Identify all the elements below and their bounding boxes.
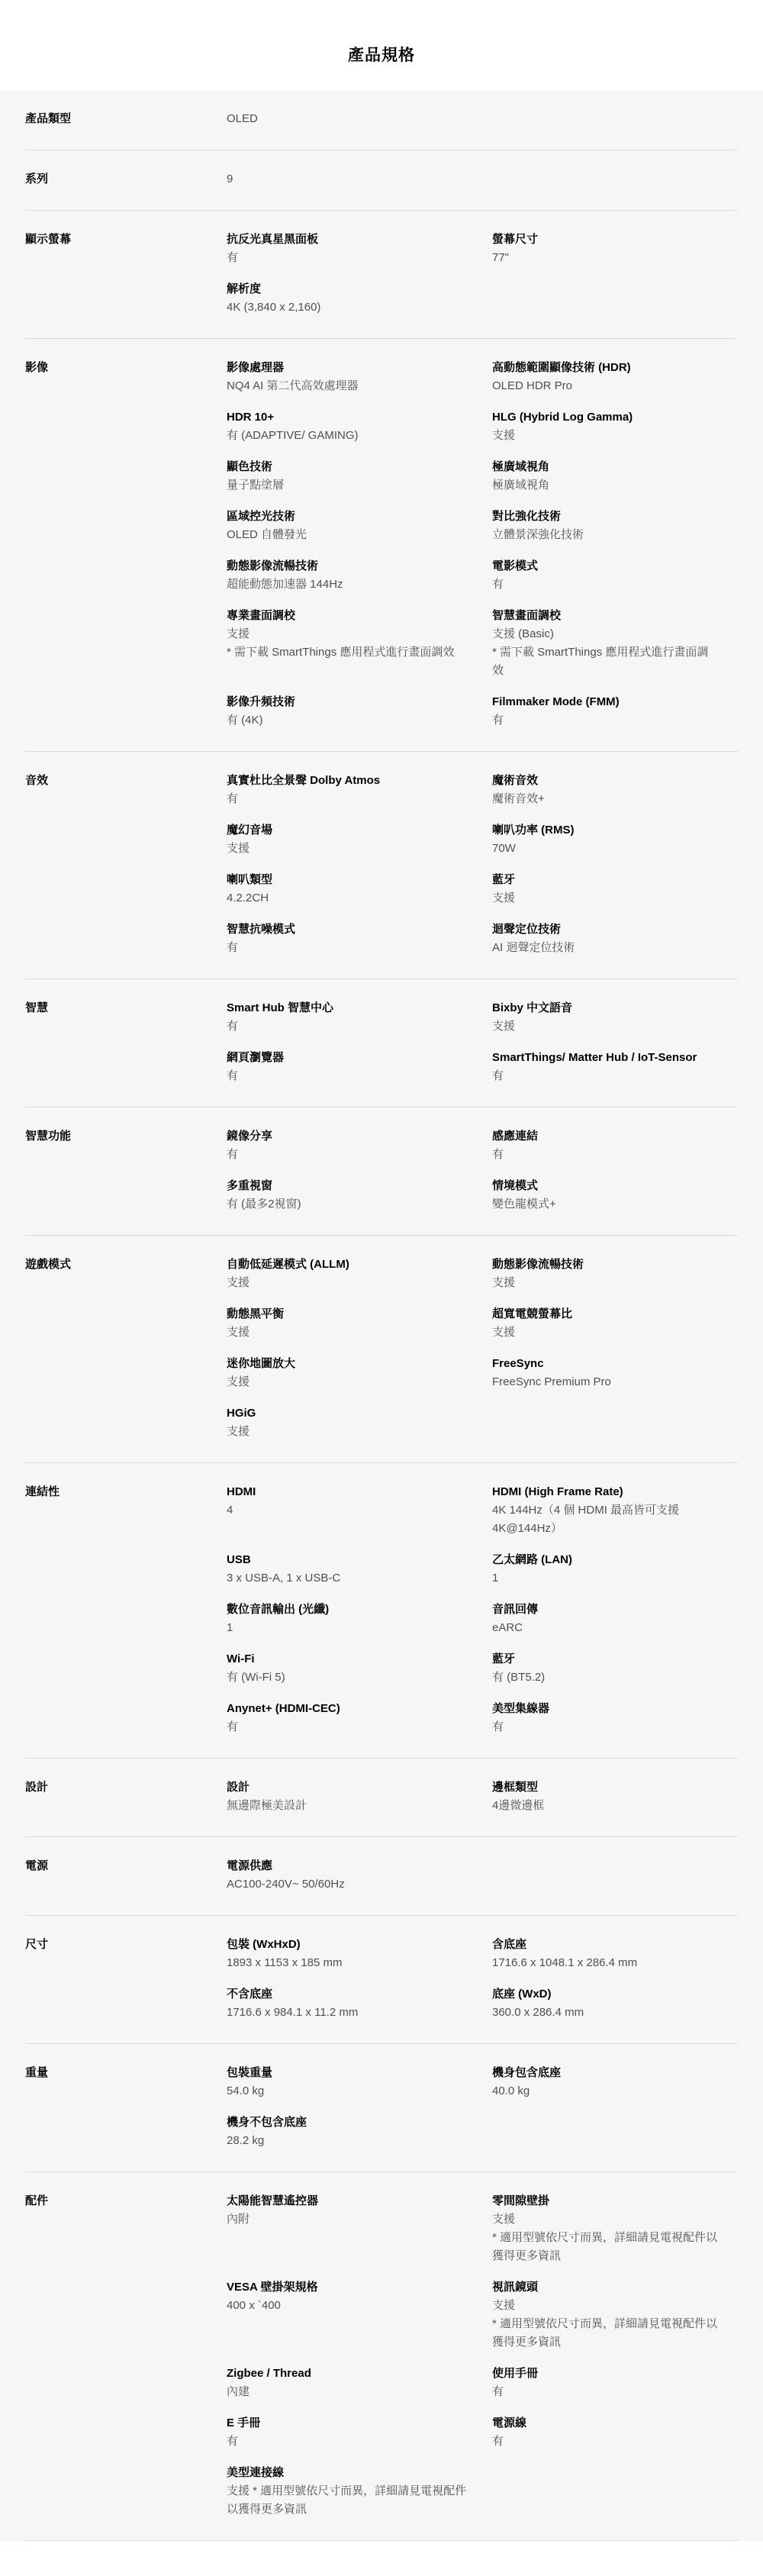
spec-item-value: 有 — [227, 1718, 472, 1736]
spec-item: 影像升頻技術有 (4K) — [227, 693, 492, 730]
spec-item: 網頁瀏覽器有 — [227, 1049, 492, 1085]
spec-item-value: 支援 — [492, 1017, 718, 1036]
spec-section: 智慧Smart Hub 智慧中心有Bixby 中文語音支援網頁瀏覽器有Smart… — [25, 979, 738, 1107]
spec-pair-row: 區域控光技術OLED 自體發光對比強化技術立體景深強化技術 — [227, 508, 738, 544]
spec-item-title: 感應連結 — [492, 1127, 718, 1146]
spec-item-title: 專業畫面調校 — [227, 607, 472, 625]
spec-item-title: USB — [227, 1551, 472, 1569]
spec-item-value: 1 — [492, 1569, 718, 1588]
spec-item-value: 支援 — [227, 840, 472, 858]
spec-item-title: 迷你地圖放大 — [227, 1355, 472, 1373]
spec-item-title: 設計 — [227, 1778, 472, 1797]
spec-item-value: 支援 — [492, 889, 718, 908]
spec-item-value: 有 — [227, 1067, 472, 1085]
spec-category-label: 系列 — [25, 170, 227, 202]
spec-item: OLED — [227, 110, 492, 128]
spec-item: HGiG支援 — [227, 1404, 492, 1441]
spec-item-title: Bixby 中文語音 — [492, 999, 718, 1017]
spec-item-value: 立體景深強化技術 — [492, 526, 718, 544]
spec-pair-row: 9 — [227, 170, 738, 189]
spec-category-label: 音效 — [25, 772, 227, 970]
spec-item-title: 不含底座 — [227, 1985, 472, 2004]
spec-item-value: AC100-240V~ 50/60Hz — [227, 1875, 472, 1894]
spec-item-title: SmartThings/ Matter Hub / IoT-Sensor — [492, 1049, 718, 1067]
spec-item-value: 有 — [492, 1718, 718, 1736]
spec-item-title: 抗反光真星黑面板 — [227, 231, 472, 249]
spec-item-title: HDR 10+ — [227, 408, 472, 427]
spec-item-title: 網頁瀏覽器 — [227, 1049, 472, 1067]
spec-item-value: 魔術音效+ — [492, 790, 718, 808]
spec-item: 自動低延遲模式 (ALLM)支援 — [227, 1256, 492, 1292]
spec-section: 智慧功能鏡像分享有感應連結有多重視窗有 (最多2視窗)情境模式變色龍模式+ — [25, 1107, 738, 1236]
spec-pair-row: 影像升頻技術有 (4K)Filmmaker Mode (FMM)有 — [227, 693, 738, 730]
spec-item-title: 顯色技術 — [227, 458, 472, 476]
spec-item: 感應連結有 — [492, 1127, 738, 1164]
spec-item-value: 4邊微邊框 — [492, 1797, 718, 1815]
spec-item-title: 鏡像分享 — [227, 1127, 472, 1146]
spec-item-title: 包裝 (WxHxD) — [227, 1936, 472, 1954]
spec-item: 區域控光技術OLED 自體發光 — [227, 508, 492, 544]
spec-pair-row: 魔幻音場支援喇叭功率 (RMS)70W — [227, 821, 738, 858]
spec-item-title: 邊框類型 — [492, 1778, 718, 1797]
spec-item: 太陽能智慧遙控器內附 — [227, 2192, 492, 2265]
spec-item-value: 有 (ADAPTIVE/ GAMING) — [227, 427, 472, 445]
spec-item-value: 1 — [227, 1619, 472, 1637]
spec-item: 機身不包含底座28.2 kg — [227, 2113, 492, 2150]
spec-pair-row: 抗反光真星黑面板有螢幕尺寸77" — [227, 231, 738, 267]
spec-item: 藍牙支援 — [492, 871, 738, 908]
spec-pairs: 太陽能智慧遙控器內附零間隙壁掛支援 * 適用型號依尺寸而異，詳細請見電視配件以獲… — [227, 2192, 738, 2532]
spec-item-value: 無邊際極美設計 — [227, 1797, 472, 1815]
spec-section: 顯示螢幕抗反光真星黑面板有螢幕尺寸77"解析度4K (3,840 x 2,160… — [25, 211, 738, 339]
spec-item-title: 螢幕尺寸 — [492, 231, 718, 249]
spec-item: 高動態範圍顯像技術 (HDR)OLED HDR Pro — [492, 359, 738, 395]
spec-item-title: 動態影像流暢技術 — [227, 557, 472, 575]
spec-item-title: E 手冊 — [227, 2414, 472, 2433]
spec-section: 設計設計無邊際極美設計邊框類型4邊微邊框 — [25, 1759, 738, 1837]
spec-item-title: 機身包含底座 — [492, 2064, 718, 2082]
spec-pair-row: 太陽能智慧遙控器內附零間隙壁掛支援 * 適用型號依尺寸而異，詳細請見電視配件以獲… — [227, 2192, 738, 2265]
spec-pair-row: Anynet+ (HDMI-CEC)有美型集線器有 — [227, 1700, 738, 1736]
spec-item: 乙太網路 (LAN)1 — [492, 1551, 738, 1588]
spec-pairs: 包裝重量54.0 kg機身包含底座40.0 kg機身不包含底座28.2 kg — [227, 2064, 738, 2163]
spec-item-title: Smart Hub 智慧中心 — [227, 999, 472, 1017]
spec-item: 迴聲定位技術AI 迴聲定位技術 — [492, 920, 738, 957]
spec-pair-row: 網頁瀏覽器有SmartThings/ Matter Hub / IoT-Sens… — [227, 1049, 738, 1085]
spec-item-value: 4 — [227, 1501, 472, 1520]
spec-item-value: 1716.6 x 1048.1 x 286.4 mm — [492, 1954, 718, 1972]
spec-category-label: 智慧功能 — [25, 1127, 227, 1227]
spec-item-value: AI 迴聲定位技術 — [492, 939, 718, 957]
spec-item-value: 40.0 kg — [492, 2082, 718, 2100]
spec-item-title: 電源供應 — [227, 1857, 472, 1875]
spec-item: 電源線有 — [492, 2414, 738, 2451]
spec-item-value: 54.0 kg — [227, 2082, 472, 2100]
spec-item-title: 超寬電競螢幕比 — [492, 1305, 718, 1323]
spec-pairs: 電源供應AC100-240V~ 50/60Hz — [227, 1857, 738, 1907]
spec-item-value: 內建 — [227, 2383, 472, 2401]
spec-item-title: 底座 (WxD) — [492, 1985, 718, 2004]
spec-item-title: 多重視窗 — [227, 1177, 472, 1195]
spec-pairs: 鏡像分享有感應連結有多重視窗有 (最多2視窗)情境模式變色龍模式+ — [227, 1127, 738, 1227]
spec-item: 抗反光真星黑面板有 — [227, 231, 492, 267]
spec-item-value: 支援 (Basic) * 需下載 SmartThings 應用程式進行畫面調效 — [492, 625, 718, 680]
spec-item: FreeSyncFreeSync Premium Pro — [492, 1355, 738, 1391]
spec-item-value: 有 — [492, 575, 718, 594]
spec-item-value: 1893 x 1153 x 185 mm — [227, 1954, 472, 1972]
spec-item-title: 極廣域視角 — [492, 458, 718, 476]
spec-item: 9 — [227, 170, 492, 189]
spec-pairs: HDMI4HDMI (High Frame Rate)4K 144Hz（4 個 … — [227, 1483, 738, 1749]
spec-item: USB3 x USB-A, 1 x USB-C — [227, 1551, 492, 1588]
spec-pair-row: 動態影像流暢技術超能動態加速器 144Hz電影模式有 — [227, 557, 738, 594]
spec-item-value: 有 — [227, 2433, 472, 2451]
spec-item: 魔術音效魔術音效+ — [492, 772, 738, 808]
spec-item-title: HDMI — [227, 1483, 472, 1501]
spec-item-title: 藍牙 — [492, 871, 718, 889]
spec-pairs: 真實杜比全景聲 Dolby Atmos有魔術音效魔術音效+魔幻音場支援喇叭功率 … — [227, 772, 738, 970]
spec-section: 電源電源供應AC100-240V~ 50/60Hz — [25, 1837, 738, 1916]
spec-item-title: 使用手冊 — [492, 2365, 718, 2383]
spec-section: 影像影像處理器NQ4 AI 第二代高效處理器高動態範圍顯像技術 (HDR)OLE… — [25, 339, 738, 752]
spec-item: 超寬電競螢幕比支援 — [492, 1305, 738, 1342]
spec-section: 產品類型OLED — [25, 90, 738, 150]
spec-item-title: Anynet+ (HDMI-CEC) — [227, 1700, 472, 1718]
spec-item-title: 智慧抗噪模式 — [227, 920, 472, 939]
spec-item: VESA 壁掛架規格400 x `400 — [227, 2278, 492, 2352]
spec-item: 包裝重量54.0 kg — [227, 2064, 492, 2100]
spec-item: SmartThings/ Matter Hub / IoT-Sensor有 — [492, 1049, 738, 1085]
spec-item-title: 含底座 — [492, 1936, 718, 1954]
spec-item: 機身包含底座40.0 kg — [492, 2064, 738, 2100]
spec-item-value: 4K 144Hz（4 個 HDMI 最高皆可支援 4K@144Hz） — [492, 1501, 718, 1538]
spec-item-value: 有 (Wi-Fi 5) — [227, 1668, 472, 1687]
spec-category-label: 智慧 — [25, 999, 227, 1098]
spec-item-title: Wi-Fi — [227, 1650, 472, 1668]
spec-item-title: 情境模式 — [492, 1177, 718, 1195]
spec-item-title: HLG (Hybrid Log Gamma) — [492, 408, 718, 427]
spec-item-value: 支援 — [227, 1423, 472, 1441]
spec-pairs: 9 — [227, 170, 738, 202]
spec-category-label: 產品類型 — [25, 110, 227, 141]
spec-item: 動態黑平衡支援 — [227, 1305, 492, 1342]
spec-section: 連結性HDMI4HDMI (High Frame Rate)4K 144Hz（4… — [25, 1463, 738, 1759]
spec-item-title: 音訊回傳 — [492, 1601, 718, 1619]
spec-item-title: HDMI (High Frame Rate) — [492, 1483, 718, 1501]
spec-item: 魔幻音場支援 — [227, 821, 492, 858]
spec-pairs: 自動低延遲模式 (ALLM)支援動態影像流暢技術支援動態黑平衡支援超寬電競螢幕比… — [227, 1256, 738, 1454]
spec-item: 專業畫面調校支援 * 需下載 SmartThings 應用程式進行畫面調效 — [227, 607, 492, 680]
spec-item-value: 支援 * 適用型號依尺寸而異，詳細請見電視配件以獲得更多資訊 — [492, 2297, 718, 2352]
spec-item: 不含底座1716.6 x 984.1 x 11.2 mm — [227, 1985, 492, 2022]
spec-pair-row: 電源供應AC100-240V~ 50/60Hz — [227, 1857, 738, 1894]
spec-item-value: 支援 * 適用型號依尺寸而異，詳細請見電視配件以獲得更多資訊 — [492, 2210, 718, 2265]
spec-item-value: OLED 自體發光 — [227, 526, 472, 544]
spec-item-title: 解析度 — [227, 280, 472, 298]
spec-pair-row: 數位音訊輸出 (光纖)1音訊回傳eARC — [227, 1601, 738, 1637]
spec-item: 視訊鏡頭支援 * 適用型號依尺寸而異，詳細請見電視配件以獲得更多資訊 — [492, 2278, 738, 2352]
spec-item-value: OLED — [227, 110, 472, 128]
spec-item-title: 高動態範圍顯像技術 (HDR) — [492, 359, 718, 377]
spec-pair-row: HGiG支援 — [227, 1404, 738, 1441]
spec-item-value: 有 — [492, 1067, 718, 1085]
spec-item-value: 超能動態加速器 144Hz — [227, 575, 472, 594]
spec-item: Zigbee / Thread內建 — [227, 2365, 492, 2401]
spec-item: 智慧畫面調校支援 (Basic) * 需下載 SmartThings 應用程式進… — [492, 607, 738, 680]
spec-item-value: 支援 — [227, 1274, 472, 1292]
spec-item: 極廣域視角極廣域視角 — [492, 458, 738, 495]
spec-item-value: 70W — [492, 840, 718, 858]
spec-category-label: 影像 — [25, 359, 227, 743]
spec-item-value: 有 (最多2視窗) — [227, 1195, 472, 1214]
spec-item: 底座 (WxD)360.0 x 286.4 mm — [492, 1985, 738, 2022]
spec-item-value: 支援 — [492, 1274, 718, 1292]
spec-item: 邊框類型4邊微邊框 — [492, 1778, 738, 1815]
spec-item: HDMI4 — [227, 1483, 492, 1538]
spec-item-value: 內附 — [227, 2210, 472, 2229]
spec-category-label: 設計 — [25, 1778, 227, 1828]
spec-pair-row: 迷你地圖放大支援FreeSyncFreeSync Premium Pro — [227, 1355, 738, 1391]
spec-item: 情境模式變色龍模式+ — [492, 1177, 738, 1214]
spec-item-value: 4.2.2CH — [227, 889, 472, 908]
spec-section: 重量包裝重量54.0 kg機身包含底座40.0 kg機身不包含底座28.2 kg — [25, 2044, 738, 2172]
spec-item: 對比強化技術立體景深強化技術 — [492, 508, 738, 544]
spec-item: 迷你地圖放大支援 — [227, 1355, 492, 1391]
spec-item-value: 有 — [492, 711, 718, 730]
spec-pairs: 影像處理器NQ4 AI 第二代高效處理器高動態範圍顯像技術 (HDR)OLED … — [227, 359, 738, 743]
spec-item: 動態影像流暢技術支援 — [492, 1256, 738, 1292]
spec-item-value: 77" — [492, 249, 718, 267]
page-header: 產品規格 — [0, 0, 763, 90]
spec-item: 影像處理器NQ4 AI 第二代高效處理器 — [227, 359, 492, 395]
spec-item-title: 零間隙壁掛 — [492, 2192, 718, 2210]
spec-item-value: 4K (3,840 x 2,160) — [227, 298, 472, 317]
spec-item: 美型集線器有 — [492, 1700, 738, 1736]
spec-pair-row: 影像處理器NQ4 AI 第二代高效處理器高動態範圍顯像技術 (HDR)OLED … — [227, 359, 738, 395]
spec-item-value: 支援 — [492, 1323, 718, 1342]
spec-item-value: 有 — [227, 1017, 472, 1036]
spec-item-title: 喇叭類型 — [227, 871, 472, 889]
spec-table: 產品類型OLED系列9顯示螢幕抗反光真星黑面板有螢幕尺寸77"解析度4K (3,… — [0, 90, 763, 2541]
spec-item: 喇叭類型4.2.2CH — [227, 871, 492, 908]
spec-item: 多重視窗有 (最多2視窗) — [227, 1177, 492, 1214]
spec-item: 電源供應AC100-240V~ 50/60Hz — [227, 1857, 492, 1894]
spec-item-value: 9 — [227, 170, 472, 189]
spec-pair-row: E 手冊有電源線有 — [227, 2414, 738, 2451]
spec-item-title: 機身不包含底座 — [227, 2113, 472, 2132]
spec-item-title: 迴聲定位技術 — [492, 920, 718, 939]
spec-pair-row: 顯色技術量子點塗層極廣域視角極廣域視角 — [227, 458, 738, 495]
spec-item-value: FreeSync Premium Pro — [492, 1373, 718, 1391]
spec-item-title: HGiG — [227, 1404, 472, 1423]
spec-category-label: 電源 — [25, 1857, 227, 1907]
spec-category-label: 遊戲模式 — [25, 1256, 227, 1454]
spec-section: 尺寸包裝 (WxHxD)1893 x 1153 x 185 mm含底座1716.… — [25, 1916, 738, 2044]
spec-item-title: VESA 壁掛架規格 — [227, 2278, 472, 2297]
spec-item: 喇叭功率 (RMS)70W — [492, 821, 738, 858]
spec-item: 智慧抗噪模式有 — [227, 920, 492, 957]
spec-item-value: OLED HDR Pro — [492, 377, 718, 395]
spec-pair-row: Smart Hub 智慧中心有Bixby 中文語音支援 — [227, 999, 738, 1036]
spec-item-value: 有 — [492, 1146, 718, 1164]
spec-item-value: 支援 — [492, 427, 718, 445]
page-title: 產品規格 — [0, 43, 763, 66]
spec-pair-row: OLED — [227, 110, 738, 128]
spec-item: 電影模式有 — [492, 557, 738, 594]
spec-item: HDR 10+有 (ADAPTIVE/ GAMING) — [227, 408, 492, 445]
spec-pair-row: Wi-Fi有 (Wi-Fi 5)藍牙有 (BT5.2) — [227, 1650, 738, 1687]
spec-item-title: 乙太網路 (LAN) — [492, 1551, 718, 1569]
spec-item-value: 3 x USB-A, 1 x USB-C — [227, 1569, 472, 1588]
spec-pair-row: 設計無邊際極美設計邊框類型4邊微邊框 — [227, 1778, 738, 1815]
spec-item-title: 美型集線器 — [492, 1700, 718, 1718]
spec-item: 使用手冊有 — [492, 2365, 738, 2401]
spec-item-title: 電源線 — [492, 2414, 718, 2433]
spec-item: 螢幕尺寸77" — [492, 231, 738, 267]
spec-item-value: 有 (4K) — [227, 711, 472, 730]
spec-item-title: 自動低延遲模式 (ALLM) — [227, 1256, 472, 1274]
spec-category-label: 配件 — [25, 2192, 227, 2532]
spec-item: 鏡像分享有 — [227, 1127, 492, 1164]
spec-pair-row: 包裝重量54.0 kg機身包含底座40.0 kg — [227, 2064, 738, 2100]
spec-item-value: 有 — [227, 790, 472, 808]
spec-item-title: 動態影像流暢技術 — [492, 1256, 718, 1274]
spec-item-title: FreeSync — [492, 1355, 718, 1373]
spec-item: Filmmaker Mode (FMM)有 — [492, 693, 738, 730]
spec-item-value: 有 — [492, 2383, 718, 2401]
spec-pairs: Smart Hub 智慧中心有Bixby 中文語音支援網頁瀏覽器有SmartTh… — [227, 999, 738, 1098]
spec-item: Wi-Fi有 (Wi-Fi 5) — [227, 1650, 492, 1687]
spec-item: 零間隙壁掛支援 * 適用型號依尺寸而異，詳細請見電視配件以獲得更多資訊 — [492, 2192, 738, 2265]
spec-item: HDMI (High Frame Rate)4K 144Hz（4 個 HDMI … — [492, 1483, 738, 1538]
spec-pair-row: 喇叭類型4.2.2CH藍牙支援 — [227, 871, 738, 908]
spec-item-title: 影像升頻技術 — [227, 693, 472, 711]
spec-item-value: 極廣域視角 — [492, 476, 718, 495]
spec-item-value: 支援 * 需下載 SmartThings 應用程式進行畫面調效 — [227, 625, 472, 662]
spec-category-label: 連結性 — [25, 1483, 227, 1749]
spec-item-title: Filmmaker Mode (FMM) — [492, 693, 718, 711]
spec-item-value: 有 — [492, 2433, 718, 2451]
spec-pair-row: 專業畫面調校支援 * 需下載 SmartThings 應用程式進行畫面調效智慧畫… — [227, 607, 738, 680]
spec-item: 音訊回傳eARC — [492, 1601, 738, 1637]
spec-pair-row: Zigbee / Thread內建使用手冊有 — [227, 2365, 738, 2401]
spec-item-title: 太陽能智慧遙控器 — [227, 2192, 472, 2210]
spec-item-title: 視訊鏡頭 — [492, 2278, 718, 2297]
spec-pair-row: 智慧抗噪模式有迴聲定位技術AI 迴聲定位技術 — [227, 920, 738, 957]
spec-item: 動態影像流暢技術超能動態加速器 144Hz — [227, 557, 492, 594]
spec-item: HLG (Hybrid Log Gamma)支援 — [492, 408, 738, 445]
spec-pair-row: 包裝 (WxHxD)1893 x 1153 x 185 mm含底座1716.6 … — [227, 1936, 738, 1972]
spec-item-title: Zigbee / Thread — [227, 2365, 472, 2383]
spec-section: 配件太陽能智慧遙控器內附零間隙壁掛支援 * 適用型號依尺寸而異，詳細請見電視配件… — [25, 2172, 738, 2541]
spec-item: 含底座1716.6 x 1048.1 x 286.4 mm — [492, 1936, 738, 1972]
spec-pair-row: 機身不包含底座28.2 kg — [227, 2113, 738, 2150]
spec-pair-row: 解析度4K (3,840 x 2,160) — [227, 280, 738, 317]
spec-item-title: 真實杜比全景聲 Dolby Atmos — [227, 772, 472, 790]
spec-category-label: 顯示螢幕 — [25, 231, 227, 330]
spec-item-value: NQ4 AI 第二代高效處理器 — [227, 377, 472, 395]
spec-pairs: OLED — [227, 110, 738, 141]
spec-item-title: 魔術音效 — [492, 772, 718, 790]
spec-item-title: 魔幻音場 — [227, 821, 472, 840]
spec-item: 設計無邊際極美設計 — [227, 1778, 492, 1815]
spec-item-title: 數位音訊輸出 (光纖) — [227, 1601, 472, 1619]
spec-item: 美型連接線支援 * 適用型號依尺寸而異，詳細請見電視配件以獲得更多資訊 — [227, 2464, 492, 2519]
spec-item-title: 電影模式 — [492, 557, 718, 575]
spec-item: Anynet+ (HDMI-CEC)有 — [227, 1700, 492, 1736]
spec-item-title: 智慧畫面調校 — [492, 607, 718, 625]
spec-pairs: 包裝 (WxHxD)1893 x 1153 x 185 mm含底座1716.6 … — [227, 1936, 738, 2035]
spec-item: 包裝 (WxHxD)1893 x 1153 x 185 mm — [227, 1936, 492, 1972]
spec-item-title: 影像處理器 — [227, 359, 472, 377]
spec-item-title: 包裝重量 — [227, 2064, 472, 2082]
spec-item-title: 美型連接線 — [227, 2464, 472, 2482]
spec-item: 解析度4K (3,840 x 2,160) — [227, 280, 492, 317]
spec-pair-row: HDR 10+有 (ADAPTIVE/ GAMING)HLG (Hybrid L… — [227, 408, 738, 445]
spec-item-value: 有 — [227, 249, 472, 267]
spec-pair-row: 不含底座1716.6 x 984.1 x 11.2 mm底座 (WxD)360.… — [227, 1985, 738, 2022]
spec-item: E 手冊有 — [227, 2414, 492, 2451]
spec-category-label: 重量 — [25, 2064, 227, 2163]
spec-item-value: 支援 * 適用型號依尺寸而異，詳細請見電視配件以獲得更多資訊 — [227, 2482, 472, 2519]
spec-item-value: 變色龍模式+ — [492, 1195, 718, 1214]
spec-section: 系列9 — [25, 150, 738, 211]
spec-item-value: 360.0 x 286.4 mm — [492, 2004, 718, 2022]
spec-pair-row: USB3 x USB-A, 1 x USB-C乙太網路 (LAN)1 — [227, 1551, 738, 1588]
spec-item-title: 對比強化技術 — [492, 508, 718, 526]
spec-pair-row: 動態黑平衡支援超寬電競螢幕比支援 — [227, 1305, 738, 1342]
spec-section: 遊戲模式自動低延遲模式 (ALLM)支援動態影像流暢技術支援動態黑平衡支援超寬電… — [25, 1236, 738, 1463]
spec-item-value: 支援 — [227, 1323, 472, 1342]
spec-item: Smart Hub 智慧中心有 — [227, 999, 492, 1036]
spec-item-value: 支援 — [227, 1373, 472, 1391]
spec-item-value: 量子點塗層 — [227, 476, 472, 495]
spec-pair-row: 美型連接線支援 * 適用型號依尺寸而異，詳細請見電視配件以獲得更多資訊 — [227, 2464, 738, 2519]
spec-item-value: 1716.6 x 984.1 x 11.2 mm — [227, 2004, 472, 2022]
spec-pair-row: VESA 壁掛架規格400 x `400視訊鏡頭支援 * 適用型號依尺寸而異，詳… — [227, 2278, 738, 2352]
spec-pair-row: 自動低延遲模式 (ALLM)支援動態影像流暢技術支援 — [227, 1256, 738, 1292]
spec-category-label: 尺寸 — [25, 1936, 227, 2035]
spec-item: Bixby 中文語音支援 — [492, 999, 738, 1036]
spec-item: 顯色技術量子點塗層 — [227, 458, 492, 495]
spec-item-value: eARC — [492, 1619, 718, 1637]
spec-item-value: 28.2 kg — [227, 2132, 472, 2150]
spec-pair-row: HDMI4HDMI (High Frame Rate)4K 144Hz（4 個 … — [227, 1483, 738, 1538]
spec-item-title: 喇叭功率 (RMS) — [492, 821, 718, 840]
spec-section: 音效真實杜比全景聲 Dolby Atmos有魔術音效魔術音效+魔幻音場支援喇叭功… — [25, 752, 738, 979]
spec-item-value: 有 (BT5.2) — [492, 1668, 718, 1687]
spec-item: 藍牙有 (BT5.2) — [492, 1650, 738, 1687]
spec-item: 真實杜比全景聲 Dolby Atmos有 — [227, 772, 492, 808]
spec-item: 數位音訊輸出 (光纖)1 — [227, 1601, 492, 1637]
spec-pairs: 設計無邊際極美設計邊框類型4邊微邊框 — [227, 1778, 738, 1828]
spec-pairs: 抗反光真星黑面板有螢幕尺寸77"解析度4K (3,840 x 2,160) — [227, 231, 738, 330]
footer-space — [0, 2541, 763, 2576]
spec-item-value: 400 x `400 — [227, 2297, 472, 2315]
spec-item-title: 區域控光技術 — [227, 508, 472, 526]
spec-pair-row: 鏡像分享有感應連結有 — [227, 1127, 738, 1164]
spec-pair-row: 真實杜比全景聲 Dolby Atmos有魔術音效魔術音效+ — [227, 772, 738, 808]
spec-item-title: 動態黑平衡 — [227, 1305, 472, 1323]
spec-item-title: 藍牙 — [492, 1650, 718, 1668]
spec-item-value: 有 — [227, 939, 472, 957]
spec-pair-row: 多重視窗有 (最多2視窗)情境模式變色龍模式+ — [227, 1177, 738, 1214]
spec-item-value: 有 — [227, 1146, 472, 1164]
